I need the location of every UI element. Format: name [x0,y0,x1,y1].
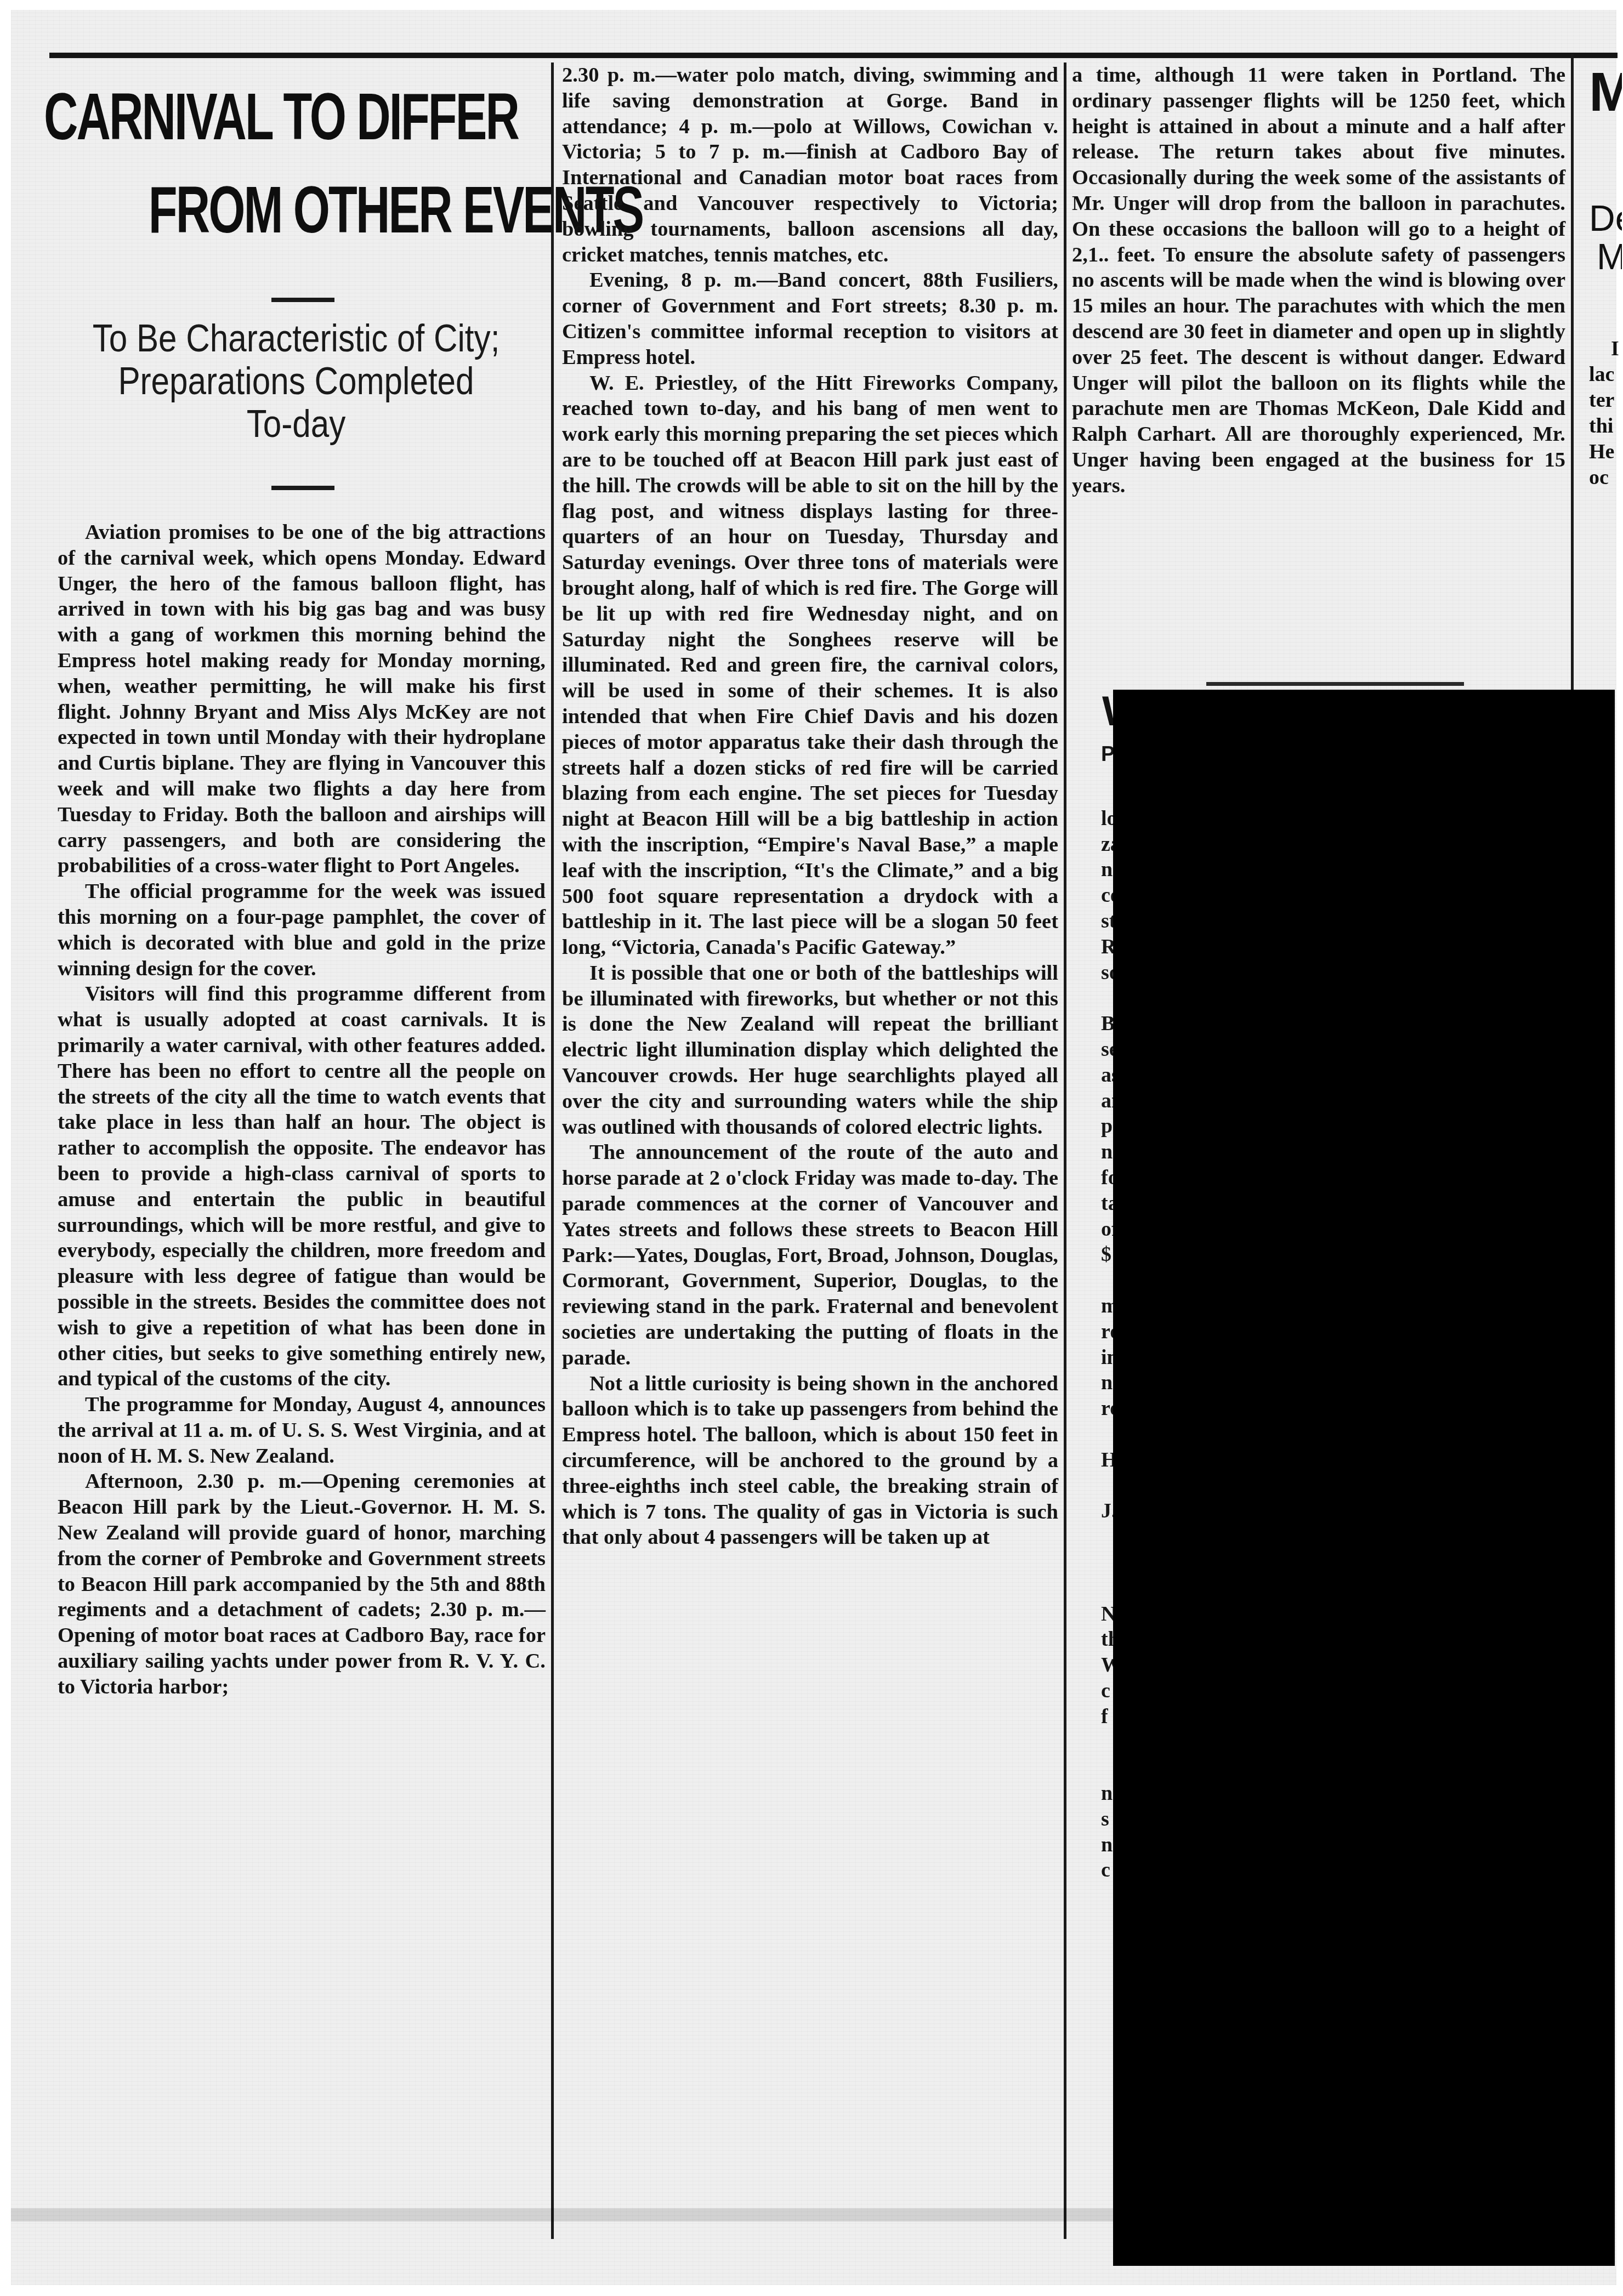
paragraph: Aviation promises to be one of the big a… [58,520,546,879]
paragraph: 2.30 p. m.—water polo match, diving, swi… [562,62,1058,268]
redaction-block [1113,690,1615,2266]
top-rule [49,53,1618,58]
paragraph: W. E. Priestley, of the Hitt Fireworks C… [562,371,1058,961]
subhead-line: To Be Characteristic of City; [79,317,513,360]
edge-subhead-fragment: M [1589,237,1622,276]
headline-dash [271,298,334,302]
story-separator [1206,682,1464,686]
edge-line-fragment: I [1589,336,1622,362]
subhead-line: Preparations Completed [79,360,513,402]
column-divider [551,62,554,2239]
article-subhead: To Be Characteristic of City; Preparatio… [79,317,513,445]
edge-headline-fragment: MI [1589,62,1622,122]
edge-line-fragment: thi [1589,413,1622,439]
scan-artifact-band [11,2208,1135,2221]
article-column-3: a time, although 11 were taken in Portla… [1072,62,1565,499]
column-divider [1064,62,1066,2239]
subhead-line: To-day [79,402,513,445]
article-column-1: Aviation promises to be one of the big a… [58,520,546,1700]
edge-line-fragment: oc [1589,465,1622,491]
headline-line: FROM OTHER EVENTS [44,163,407,257]
paragraph: Evening, 8 p. m.—Band concert, 88th Fusi… [562,268,1058,370]
article-column-2: 2.30 p. m.—water polo match, diving, swi… [562,62,1058,1550]
article-headline: CARNIVAL TO DIFFER FROM OTHER EVENTS [44,70,407,257]
paragraph: The official programme for the week was … [58,879,546,981]
edge-line-fragment: He [1589,439,1622,465]
paragraph: It is possible that one or both of the b… [562,961,1058,1140]
paragraph: The announcement of the route of the aut… [562,1140,1058,1371]
paragraph: Not a little curiosity is being shown in… [562,1371,1058,1551]
paragraph: Visitors will find this programme differ… [58,981,546,1392]
headline-line: CARNIVAL TO DIFFER [44,70,407,163]
edge-line-fragment: ter [1589,388,1622,413]
edge-line-fragment: lac [1589,362,1622,388]
subhead-dash [271,486,334,490]
paragraph: The programme for Monday, August 4, anno… [58,1392,546,1469]
paragraph: a time, although 11 were taken in Portla… [1072,62,1565,499]
paragraph: Afternoon, 2.30 p. m.—Opening ceremonies… [58,1469,546,1700]
edge-subhead-fragment: De [1589,199,1622,237]
edge-story-fragments: MI De M I lac ter thi He oc [1589,62,1622,709]
column-divider [1571,54,1574,701]
